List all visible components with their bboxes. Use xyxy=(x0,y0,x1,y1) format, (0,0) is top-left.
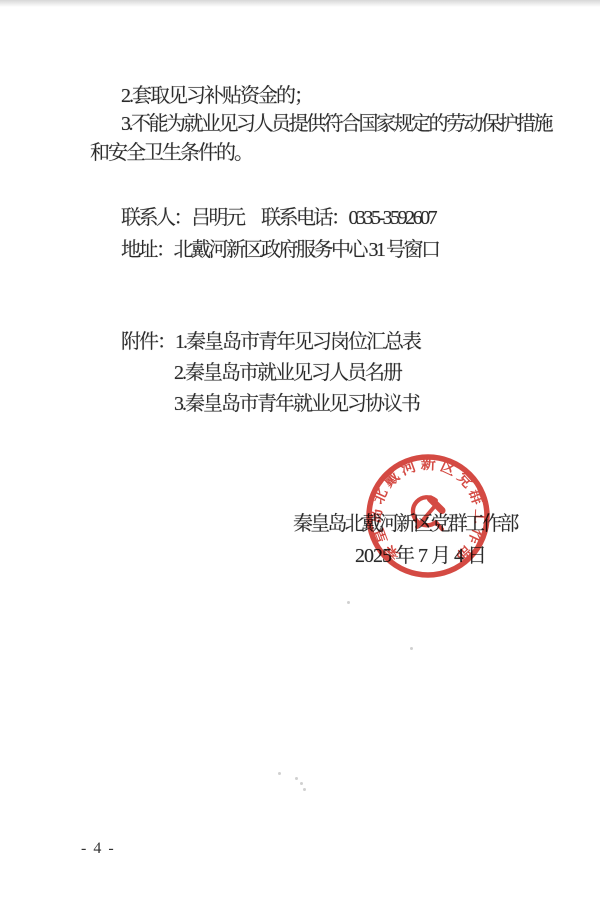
paragraph-line-1: 2.套取见习补贴资金的； xyxy=(121,85,312,107)
scan-speck xyxy=(347,601,350,604)
scan-speck xyxy=(303,788,306,791)
contact-address-line: 地址：北戴河新区政府服务中心 31 号窗口 xyxy=(121,239,439,261)
scan-edge-artifact xyxy=(0,0,600,7)
scan-speck xyxy=(410,647,413,650)
attachment-line-2: 2.秦皇岛市就业见习人员名册 xyxy=(174,362,401,384)
attachment-line-1: 附件：1.秦皇岛市青年见习岗位汇总表 xyxy=(121,331,420,353)
scan-speck xyxy=(300,782,303,785)
paragraph-line-3: 和安全卫生条件的。 xyxy=(90,142,252,164)
attachment-line-3: 3.秦皇岛市青年就业见习协议书 xyxy=(174,393,419,415)
paragraph-line-2: 3.不能为就业见习人员提供符合国家规定的劳动保护措施 xyxy=(121,113,551,135)
scan-speck xyxy=(278,772,281,775)
official-seal-graphic: 秦皇岛北戴河新区党群工作部 xyxy=(363,451,493,581)
hammer-sickle-icon xyxy=(413,497,442,529)
scanned-document-page: 2.套取见习补贴资金的； 3.不能为就业见习人员提供符合国家规定的劳动保护措施 … xyxy=(0,0,600,920)
scan-speck xyxy=(295,777,298,780)
official-seal: 秦皇岛北戴河新区党群工作部 xyxy=(363,451,493,581)
contact-person-line: 联系人：吕明元 联系电话：0335-3592607 xyxy=(121,207,435,229)
page-number: - 4 - xyxy=(81,840,115,858)
